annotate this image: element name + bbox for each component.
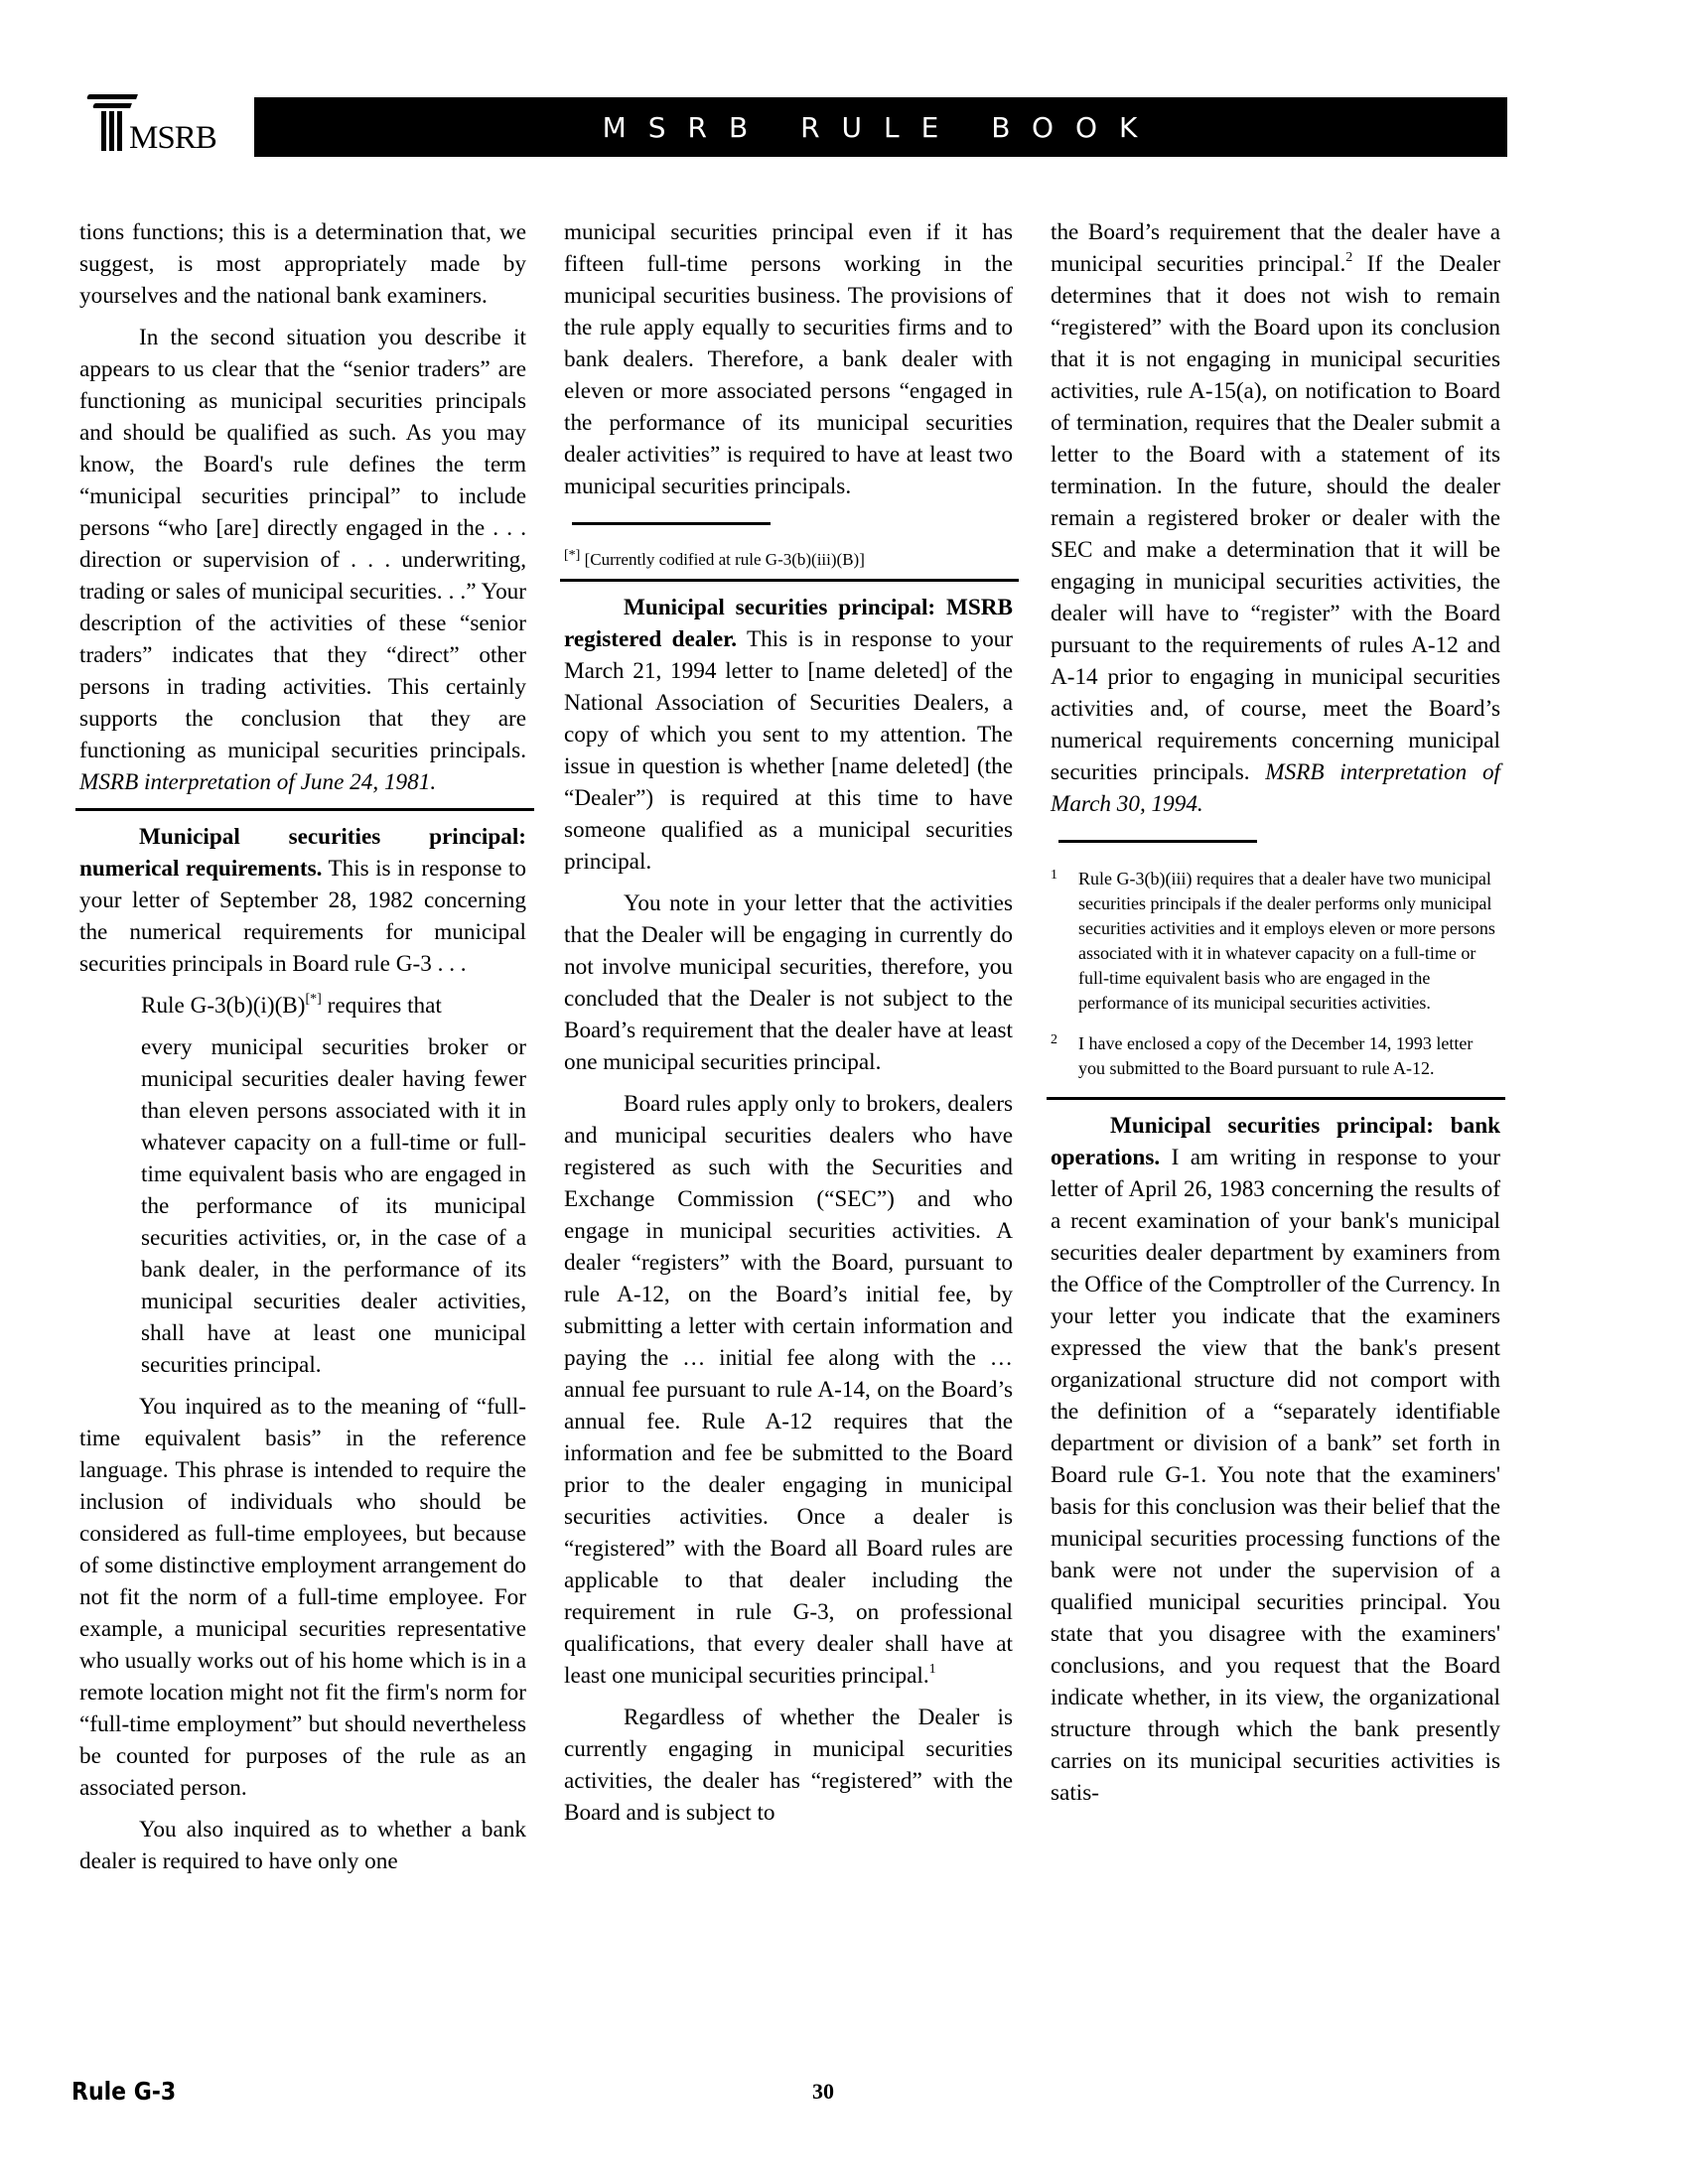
- rule-reference: Rule G-3(b)(i)(B)[*] requires that: [141, 990, 526, 1022]
- page-title: MSRB RULE BOOK: [603, 111, 1160, 144]
- column-capital-icon: [92, 103, 132, 108]
- paragraph: municipal securities principal even if i…: [564, 216, 1013, 502]
- footnote-marker[interactable]: 1: [929, 1662, 936, 1677]
- footnote-number: 1: [1051, 867, 1078, 1016]
- column-shaft-icon: [101, 111, 106, 151]
- section-divider: [560, 579, 1019, 582]
- citation: MSRB interpretation of June 24, 1981.: [79, 769, 436, 795]
- column-middle: municipal securities principal even if i…: [564, 216, 1013, 1839]
- section-numerical-requirements: Municipal securities principal: numerica…: [79, 821, 526, 980]
- page-number: 30: [812, 2079, 834, 2105]
- footnote-separator: [1058, 840, 1257, 843]
- column-shaft-icon: [109, 111, 114, 151]
- section-divider: [75, 808, 534, 811]
- paragraph: You inquired as to the meaning of “full-…: [79, 1391, 526, 1804]
- column-left: tions functions; this is a determination…: [79, 216, 526, 1887]
- footnote-text: Rule G-3(b)(iii) requires that a dealer …: [1078, 867, 1500, 1016]
- paragraph: tions functions; this is a determination…: [79, 216, 526, 312]
- rule-quote: every municipal securities broker or mun…: [141, 1031, 526, 1381]
- footnote-separator: [572, 522, 771, 525]
- paragraph: You note in your letter that the activit…: [564, 887, 1013, 1078]
- footnote-number: 2: [1051, 1031, 1078, 1081]
- section-bank-operations: Municipal securities principal: bank ope…: [1051, 1110, 1500, 1809]
- paragraph: the Board’s requirement that the dealer …: [1051, 216, 1500, 820]
- footnote-marker[interactable]: [*]: [305, 992, 321, 1007]
- msrb-logo: MSRB: [87, 94, 236, 156]
- column-capital-icon: [86, 94, 138, 99]
- paragraph: Board rules apply only to brokers, deale…: [564, 1088, 1013, 1692]
- footer-rule-label: Rule G-3: [71, 2077, 176, 2106]
- paragraph: Regardless of whether the Dealer is curr…: [564, 1702, 1013, 1829]
- section-divider: [1047, 1097, 1505, 1100]
- footnote-star: [*] [Currently codified at rule G-3(b)(i…: [564, 549, 1013, 571]
- paragraph: You also inquired as to whether a bank d…: [79, 1814, 526, 1877]
- footnote-1: 1 Rule G-3(b)(iii) requires that a deale…: [1051, 867, 1500, 1016]
- footnote-text: I have enclosed a copy of the December 1…: [1078, 1031, 1500, 1081]
- column-shaft-icon: [117, 111, 122, 151]
- logo-wordmark: MSRB: [129, 122, 216, 155]
- section-registered-dealer: Municipal securities principal: MSRB reg…: [564, 592, 1013, 878]
- paragraph: In the second situation you describe it …: [79, 322, 526, 798]
- column-right: the Board’s requirement that the dealer …: [1051, 216, 1500, 1819]
- header-banner: MSRB RULE BOOK: [254, 97, 1507, 157]
- footnote-2: 2 I have enclosed a copy of the December…: [1051, 1031, 1500, 1081]
